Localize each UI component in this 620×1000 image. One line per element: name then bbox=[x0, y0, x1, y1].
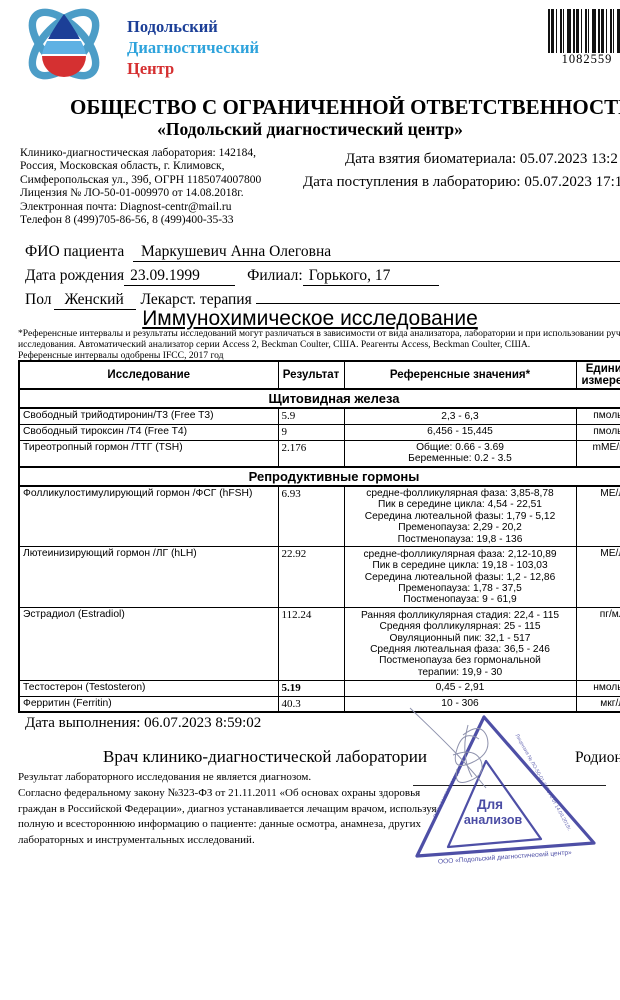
table-row: Фолликулостимулирующий гормон /ФСГ (hFSH… bbox=[19, 486, 620, 547]
cell-unit: пг/мл bbox=[576, 608, 620, 680]
table-row: Тестостерон (Testosteron)5.190,45 - 2,91… bbox=[19, 680, 620, 696]
execution-date: Дата выполнения: 06.07.2023 8:59:02 bbox=[25, 715, 261, 732]
address-line: Клинико-диагностическая лаборатория: 142… bbox=[20, 147, 261, 160]
cell-unit: пмоль/л bbox=[576, 424, 620, 440]
fio-value: Маркушевич Анна Олеговна bbox=[133, 243, 620, 262]
patient-dob-row: Дата рождения 23.09.1999 Филиал: Горьког… bbox=[25, 267, 620, 286]
reference-line: Пременопауза: 2,29 - 20,2 bbox=[348, 522, 573, 533]
cell-research-name: Фолликулостимулирующий гормон /ФСГ (hFSH… bbox=[19, 486, 278, 547]
section-title: Репродуктивные гормоны bbox=[19, 467, 620, 486]
cell-result-value: 22.92 bbox=[278, 547, 344, 608]
header-result: Результат bbox=[278, 361, 344, 389]
cell-reference-values: средне-фолликулярная фаза: 3,85-8,78Пик … bbox=[344, 486, 576, 547]
table-row: Лютеинизирующий гормон /ЛГ (hLH)22.92сре… bbox=[19, 547, 620, 608]
reference-line: 2,3 - 6,3 bbox=[348, 411, 573, 422]
logo-line-2: Диагностический bbox=[127, 37, 259, 58]
header-research: Исследование bbox=[19, 361, 278, 389]
address-line: Телефон 8 (499)705-86-56, 8 (499)400-35-… bbox=[20, 214, 261, 227]
cell-reference-values: 0,45 - 2,91 bbox=[344, 680, 576, 696]
address-line: Россия, Московская область, г. Климовск, bbox=[20, 160, 261, 173]
branch-value: Горького, 17 bbox=[303, 267, 439, 286]
table-row: Тиреотропный гормон /ТТГ (TSH)2.176Общие… bbox=[19, 440, 620, 467]
cell-result-value: 5.19 bbox=[278, 680, 344, 696]
barcode-icon bbox=[548, 9, 620, 53]
cell-research-name: Ферритин (Ferritin) bbox=[19, 696, 278, 712]
cell-unit: МЕ/л bbox=[576, 547, 620, 608]
cell-reference-values: 2,3 - 6,3 bbox=[344, 408, 576, 424]
doctor-title: Врач клинико-диагностической лаборатории bbox=[103, 747, 427, 767]
reference-line: средне-фолликулярная фаза: 2,12-10,89 bbox=[348, 549, 573, 560]
cell-unit: нмоль/л bbox=[576, 680, 620, 696]
cell-research-name: Эстрадиол (Estradiol) bbox=[19, 608, 278, 680]
logo-wordmark: Подольский Диагностический Центр bbox=[127, 16, 259, 79]
disclaimer-block: Результат лабораторного исследования не … bbox=[18, 770, 437, 849]
table-section-row: Щитовидная железа bbox=[19, 389, 620, 408]
cell-result-value: 112.24 bbox=[278, 608, 344, 680]
table-header-row: Исследование Результат Референсные значе… bbox=[19, 361, 620, 389]
cell-reference-values: средне-фолликулярная фаза: 2,12-10,89Пик… bbox=[344, 547, 576, 608]
reference-line: Ранняя фолликулярная стадия: 22,4 - 115 bbox=[348, 610, 573, 621]
logo-line-1: Подольский bbox=[127, 16, 259, 37]
reference-line: Постменопауза без гормональной bbox=[348, 655, 573, 666]
disclaimer-line: лабораторных и инструментальных исследов… bbox=[18, 833, 437, 849]
reference-line: терапии: 19,9 - 30 bbox=[348, 667, 573, 678]
cell-reference-values: 6,456 - 15,445 bbox=[344, 424, 576, 440]
company-name-line2: «Подольский диагностический центр» bbox=[0, 119, 620, 140]
cell-unit: mME/мл bbox=[576, 440, 620, 467]
header-units: Единицы измерения bbox=[576, 361, 620, 389]
header-reference: Референсные значения* bbox=[344, 361, 576, 389]
cell-research-name: Свободный трийодтиронин/Т3 (Free T3) bbox=[19, 408, 278, 424]
reference-line: Беременные: 0.2 - 3.5 bbox=[348, 453, 573, 464]
cell-reference-values: Ранняя фолликулярная стадия: 22,4 - 115С… bbox=[344, 608, 576, 680]
cell-unit: пмоль/л bbox=[576, 408, 620, 424]
cell-result-value: 5.9 bbox=[278, 408, 344, 424]
reference-line: Середина лютеальной фазы: 1,79 - 5,12 bbox=[348, 511, 573, 522]
dob-label: Дата рождения bbox=[25, 267, 124, 285]
disclaimer-line: Согласно федеральному закону №323-ФЗ от … bbox=[18, 786, 437, 802]
stamp-text-line2: анализов bbox=[464, 813, 523, 827]
cell-research-name: Лютеинизирующий гормон /ЛГ (hLH) bbox=[19, 547, 278, 608]
cell-unit: МЕ/л bbox=[576, 486, 620, 547]
reference-line: Овуляционный пик: 32,1 - 517 bbox=[348, 633, 573, 644]
cell-reference-values: Общие: 0.66 - 3.69Беременные: 0.2 - 3.5 bbox=[344, 440, 576, 467]
date-received-lab: Дата поступления в лабораторию: 05.07.20… bbox=[303, 174, 620, 191]
cell-research-name: Свободный тироксин /Т4 (Free T4) bbox=[19, 424, 278, 440]
cell-result-value: 9 bbox=[278, 424, 344, 440]
table-row: Эстрадиол (Estradiol)112.24Ранняя фоллик… bbox=[19, 608, 620, 680]
patient-fio-row: ФИО пациента Маркушевич Анна Олеговна bbox=[25, 243, 620, 262]
cell-research-name: Тестостерон (Testosteron) bbox=[19, 680, 278, 696]
company-name-line1: ОБЩЕСТВО С ОГРАНИЧЕННОЙ ОТВЕТСТВЕННОСТЬЮ bbox=[70, 95, 620, 120]
disclaimer-line: граждан в Российской Федерации», диагноз… bbox=[18, 802, 437, 818]
cell-result-value: 40.3 bbox=[278, 696, 344, 712]
reference-line: Средняя лютеальная фаза: 36,5 - 246 bbox=[348, 644, 573, 655]
reference-footnote: *Референсные интервалы и результаты иссл… bbox=[18, 329, 620, 362]
dob-value: 23.09.1999 bbox=[124, 267, 235, 286]
reference-line: Пременопауза: 1,78 - 37,5 bbox=[348, 583, 573, 594]
clinic-logo-icon bbox=[12, 5, 126, 83]
lab-address-block: Клинико-диагностическая лаборатория: 142… bbox=[20, 147, 261, 227]
disclaimer-line: Результат лабораторного исследования не … bbox=[18, 770, 437, 786]
address-line: Электронная почта: Diagnost-centr@mail.r… bbox=[20, 201, 261, 214]
table-row: Свободный трийодтиронин/Т3 (Free T3)5.92… bbox=[19, 408, 620, 424]
address-line: Симферопольская ул., 39б, ОГРН 118507400… bbox=[20, 174, 261, 187]
date-biomaterial-taken: Дата взятия биоматериала: 05.07.2023 13:… bbox=[345, 151, 618, 168]
results-table: Исследование Результат Референсные значе… bbox=[18, 360, 620, 713]
reference-line: Общие: 0.66 - 3.69 bbox=[348, 442, 573, 453]
cell-result-value: 2.176 bbox=[278, 440, 344, 467]
reference-line: Средняя фолликулярная: 25 - 115 bbox=[348, 621, 573, 632]
cell-result-value: 6.93 bbox=[278, 486, 344, 547]
address-line: Лицензия № ЛО-50-01-009970 от 14.08.2018… bbox=[20, 187, 261, 200]
reference-line: Постменопауза: 19,8 - 136 bbox=[348, 534, 573, 545]
table-row: Свободный тироксин /Т4 (Free T4)96,456 -… bbox=[19, 424, 620, 440]
table-section-row: Репродуктивные гормоны bbox=[19, 467, 620, 486]
reference-line: 6,456 - 15,445 bbox=[348, 426, 573, 437]
reference-line: Постменопауза: 9 - 61,9 bbox=[348, 594, 573, 605]
therapy-blank-line bbox=[256, 303, 620, 304]
branch-label: Филиал: bbox=[247, 267, 303, 285]
disclaimer-line: полную и всестороннюю информацию о пацие… bbox=[18, 817, 437, 833]
reference-line: средне-фолликулярная фаза: 3,85-8,78 bbox=[348, 488, 573, 499]
reference-line: Середина лютеальной фазы: 1,2 - 12,86 bbox=[348, 572, 573, 583]
fio-label: ФИО пациента bbox=[25, 243, 133, 261]
reference-line: Пик в середине цикла: 4,54 - 22,51 bbox=[348, 499, 573, 510]
reference-line: 0,45 - 2,91 bbox=[348, 682, 573, 693]
doctor-signature-icon bbox=[408, 700, 538, 800]
section-title: Щитовидная железа bbox=[19, 389, 620, 408]
logo-line-3: Центр bbox=[127, 58, 259, 79]
cell-research-name: Тиреотропный гормон /ТТГ (TSH) bbox=[19, 440, 278, 467]
lab-report-page: Подольский Диагностический Центр 1082559… bbox=[0, 0, 620, 1000]
reference-line: Пик в середине цикла: 19,18 - 103,03 bbox=[348, 560, 573, 571]
barcode-number: 1082559 bbox=[548, 52, 620, 67]
